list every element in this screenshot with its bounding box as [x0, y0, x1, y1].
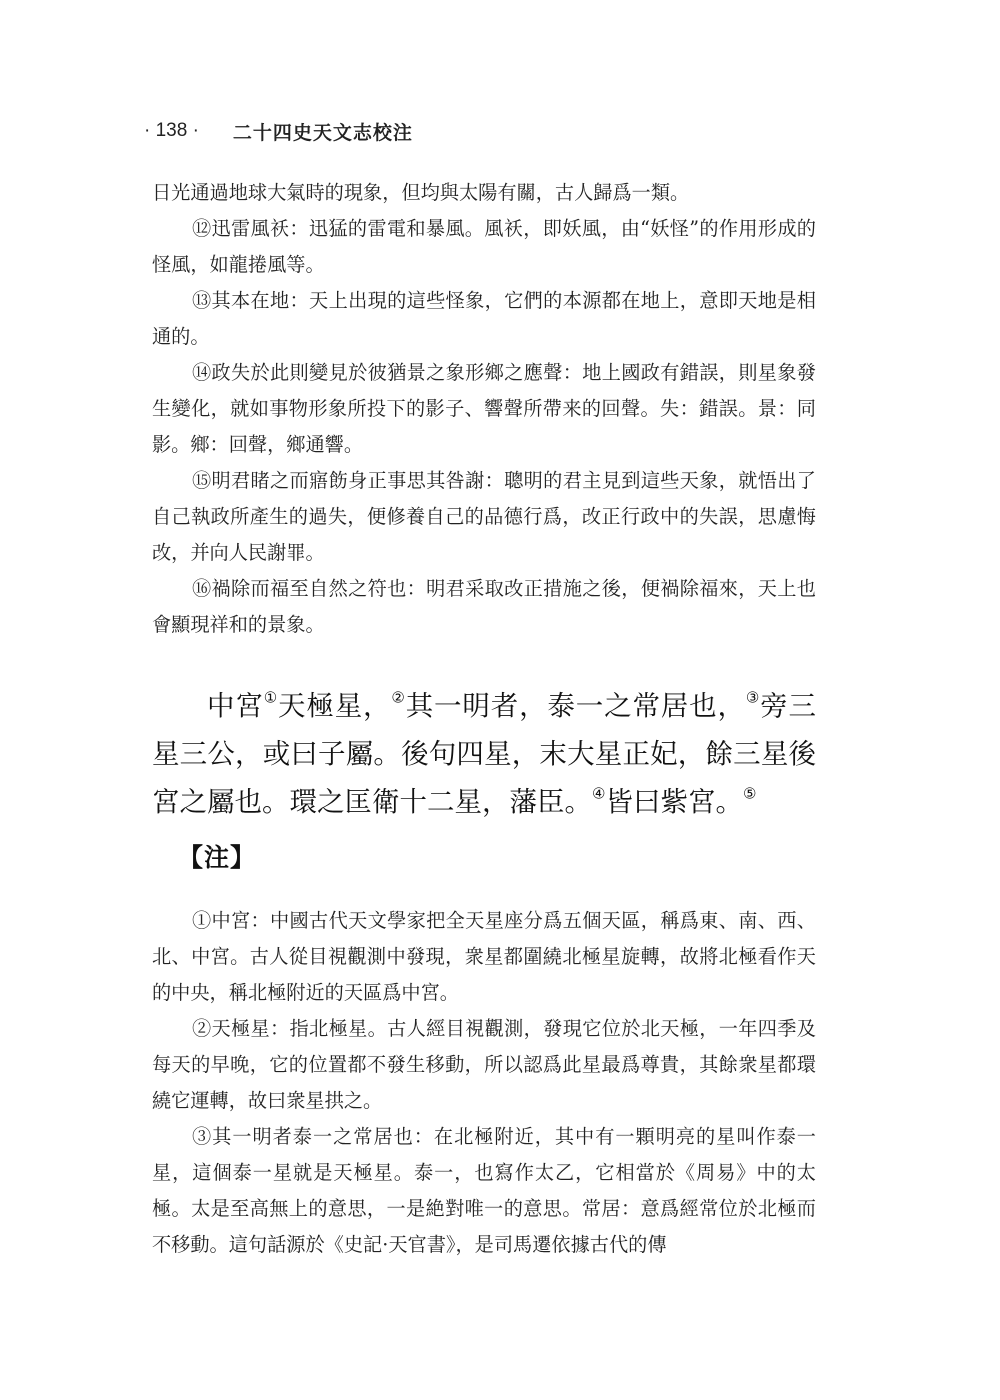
note-paragraph: ⑬其本在地：天上出現的這些怪象，它們的本源都在地上，意即天地是相通的。	[152, 283, 816, 355]
footnote-ref: ①	[264, 688, 278, 706]
footnote-ref: ③	[746, 688, 760, 706]
main-text-segment: 中宮	[207, 690, 264, 722]
note-paragraph: ⑭政失於此則變見於彼猶景之象形鄉之應聲：地上國政有錯誤，則星象發生變化，就如事物…	[152, 355, 816, 463]
main-text-segment: 天極星，	[278, 690, 391, 722]
footnote-ref: ⑤	[743, 784, 756, 802]
notes-heading: 【注】	[178, 838, 256, 874]
page-header: · 138 · 二十四史天文志校注	[144, 116, 413, 146]
page-number: · 138 ·	[144, 120, 199, 142]
note-paragraph: ⑯禍除而福至自然之符也：明君采取改正措施之後，便禍除福來，天上也會顯現祥和的景象…	[152, 571, 816, 643]
note-paragraph: ①中宮：中國古代天文學家把全天星座分爲五個天區，稱爲東、南、西、北、中宮。古人從…	[152, 903, 816, 1011]
continued-notes: 日光通過地球大氣時的現象，但均與太陽有關，古人歸爲一類。 ⑫迅雷風祅：迅猛的雷電…	[152, 175, 816, 643]
notes-list: ①中宮：中國古代天文學家把全天星座分爲五個天區，稱爲東、南、西、北、中宮。古人從…	[152, 903, 816, 1263]
book-title: 二十四史天文志校注	[233, 118, 413, 145]
note-paragraph: ③其一明者泰一之常居也：在北極附近，其中有一顆明亮的星叫作泰一星，這個泰一星就是…	[152, 1119, 816, 1263]
footnote-ref: ④	[592, 784, 605, 802]
main-text: 中宮①天極星，②其一明者，泰一之常居也，③旁三星三公，或曰子屬。後句四星，末大星…	[152, 682, 816, 826]
main-text-segment: 皆曰紫宮。	[605, 786, 743, 818]
note-paragraph: ⑮明君睹之而寤飭身正事思其咎謝：聰明的君主見到這些天象，就悟出了自己執政所產生的…	[152, 463, 816, 571]
note-paragraph: ②天極星：指北極星。古人經目視觀測，發現它位於北天極，一年四季及每天的早晚，它的…	[152, 1011, 816, 1119]
note-paragraph: ⑫迅雷風祅：迅猛的雷電和暴風。風祅，即妖風，由“妖怪”的作用形成的怪風，如龍捲風…	[152, 211, 816, 283]
footnote-ref: ②	[391, 688, 405, 706]
note-paragraph: 日光通過地球大氣時的現象，但均與太陽有關，古人歸爲一類。	[152, 175, 816, 211]
main-text-segment: 其一明者，泰一之常居也，	[406, 690, 746, 722]
